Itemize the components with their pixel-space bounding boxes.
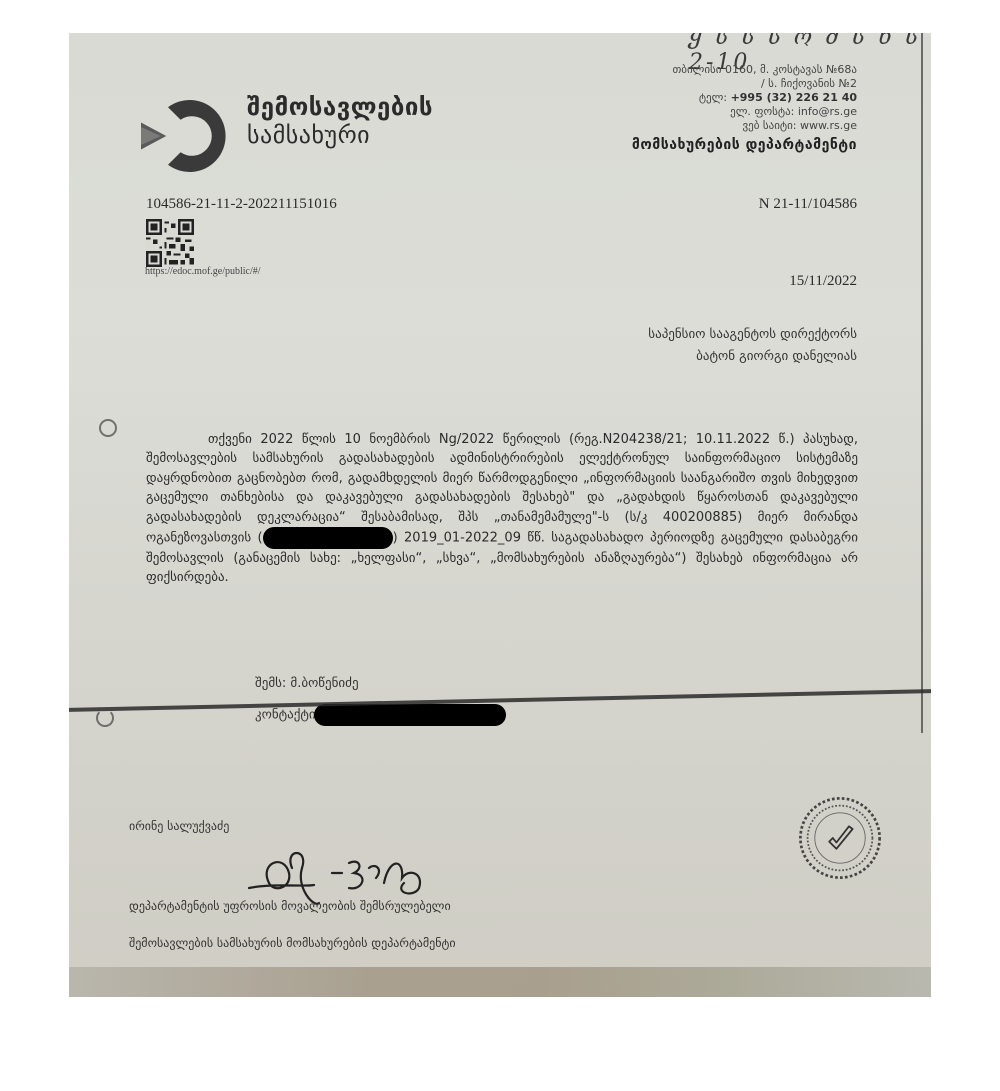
paper-edge-line bbox=[921, 33, 923, 733]
phone-label: ტელ: bbox=[699, 91, 727, 104]
scanned-letter: ყ ს ს ს ო შ ს ხ ს 2-10 შემოსავლების სამს… bbox=[69, 33, 931, 997]
document-number: N 21-11/104586 bbox=[759, 196, 857, 213]
address-line2: / ს. ჩიქოვანის №2 bbox=[761, 77, 857, 90]
org-name: შემოსავლების სამსახური bbox=[247, 93, 433, 149]
redacted-id bbox=[263, 527, 393, 549]
address-line1: თბილისი 0160, მ. კოსტავას №68ა bbox=[672, 63, 857, 76]
revenue-service-logo-icon bbox=[141, 91, 231, 181]
recipient-line1: საპენსიო სააგენტოს დირექტორს bbox=[648, 324, 857, 346]
email-label: ელ. ფოსტა: bbox=[730, 105, 794, 118]
signer-name: ირინე სალუქვაძე bbox=[129, 819, 229, 833]
contact-line: კონტაქტი: bbox=[255, 704, 506, 726]
document-id: 104586-21-11-2-202211151016 bbox=[146, 196, 337, 213]
qr-code-icon bbox=[146, 219, 194, 267]
recipient-line2: ბატონ გიორგი დანელიას bbox=[648, 346, 857, 368]
department-title: მომსახურების დეპარტამენტი bbox=[632, 137, 857, 153]
org-name-line2: სამსახური bbox=[247, 121, 433, 149]
signer-department: შემოსავლების სამსახურის მომსახურების დეპ… bbox=[129, 936, 456, 950]
phone: +995 (32) 226 21 40 bbox=[731, 91, 857, 104]
letter-body: თქვენი 2022 წლის 10 ნოემბრის Ng/2022 წერ… bbox=[146, 430, 858, 588]
contact-label: კონტაქტი: bbox=[255, 708, 320, 723]
document-date: 15/11/2022 bbox=[789, 273, 857, 290]
digital-seal-icon bbox=[795, 793, 885, 883]
web-label: ვებ საიტი: bbox=[742, 119, 796, 132]
contact-block: თბილისი 0160, მ. კოსტავას №68ა / ს. ჩიქო… bbox=[672, 63, 857, 133]
email: info@rs.ge bbox=[798, 105, 857, 118]
qr-verification-url: https://edoc.mof.ge/public/#/ bbox=[145, 266, 261, 277]
signer-title: დეპარტამენტის უფროსის მოვალეობის შემსრულ… bbox=[129, 899, 451, 913]
org-name-line1: შემოსავლების bbox=[247, 93, 433, 121]
prepared-by: შემს: მ.ბოწენიძე bbox=[255, 676, 359, 691]
punch-hole-icon bbox=[96, 709, 114, 727]
body-text-part1: თქვენი 2022 წლის 10 ნოემბრის Ng/2022 წერ… bbox=[146, 432, 858, 546]
punch-hole-icon bbox=[99, 419, 117, 437]
redacted-contact bbox=[314, 704, 506, 726]
website: www.rs.ge bbox=[800, 119, 857, 132]
recipient-block: საპენსიო სააგენტოს დირექტორს ბატონ გიორგ… bbox=[648, 324, 857, 368]
